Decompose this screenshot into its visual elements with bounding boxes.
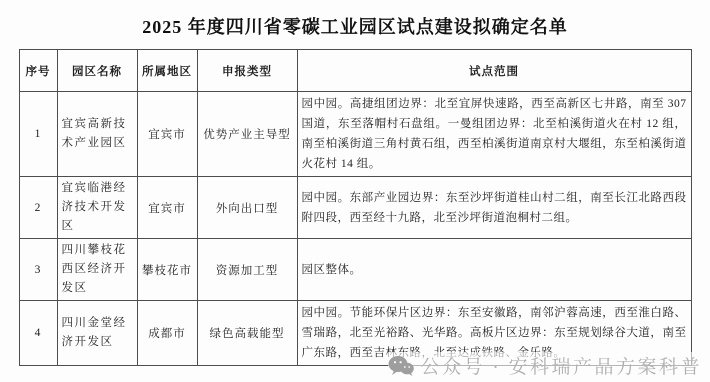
col-header-park-name: 园区名称 bbox=[57, 50, 137, 92]
cell-region: 成都市 bbox=[137, 301, 197, 366]
col-header-no: 序号 bbox=[19, 50, 57, 92]
cell-row-number: 4 bbox=[19, 301, 57, 366]
cell-pilot-scope: 园区整体。 bbox=[297, 239, 691, 301]
cell-application-type: 资源加工型 bbox=[197, 239, 297, 301]
col-header-region: 所属地区 bbox=[137, 50, 197, 92]
cell-park-name: 宜宾临港经济技术开发区 bbox=[57, 177, 137, 239]
col-header-application-type: 申报类型 bbox=[197, 50, 297, 92]
table-row: 3 四川攀枝花西区经济开发区 攀枝花市 资源加工型 园区整体。 bbox=[19, 239, 691, 301]
cell-region: 宜宾市 bbox=[137, 177, 197, 239]
cell-application-type: 优势产业主导型 bbox=[197, 92, 297, 177]
watermark-text: 公众号 · 安科瑞产品方案科普 bbox=[421, 352, 702, 379]
cell-row-number: 3 bbox=[19, 239, 57, 301]
watermark: 公众号 · 安科瑞产品方案科普 bbox=[388, 352, 702, 379]
cell-application-type: 绿色高载能型 bbox=[197, 301, 297, 366]
col-header-pilot-scope: 试点范围 bbox=[297, 50, 691, 92]
cell-park-name: 宜宾高新技术产业园区 bbox=[57, 92, 137, 177]
cell-pilot-scope: 园中园。东部产业园边界：东至沙坪街道桂山村二组，南至长江北路西段附四段，西至经十… bbox=[297, 177, 691, 239]
table-row: 2 宜宾临港经济技术开发区 宜宾市 外向出口型 园中园。东部产业园边界：东至沙坪… bbox=[19, 177, 691, 239]
cell-park-name: 四川金堂经济开发区 bbox=[57, 301, 137, 366]
cell-region: 攀枝花市 bbox=[137, 239, 197, 301]
cell-row-number: 2 bbox=[19, 177, 57, 239]
page-title: 2025 年度四川省零碳工业园区试点建设拟确定名单 bbox=[0, 0, 710, 39]
cell-region: 宜宾市 bbox=[137, 92, 197, 177]
cell-pilot-scope: 园中园。高捷组团边界：北至宜屏快速路，西至高新区七井路，南至 307 国道，东至… bbox=[297, 92, 691, 177]
cell-application-type: 外向出口型 bbox=[197, 177, 297, 239]
wechat-icon bbox=[388, 355, 414, 377]
cell-park-name: 四川攀枝花西区经济开发区 bbox=[57, 239, 137, 301]
table-header-row: 序号 园区名称 所属地区 申报类型 试点范围 bbox=[19, 50, 691, 92]
pilot-parks-table: 序号 园区名称 所属地区 申报类型 试点范围 1 宜宾高新技术产业园区 宜宾市 … bbox=[19, 49, 692, 366]
table-row: 1 宜宾高新技术产业园区 宜宾市 优势产业主导型 园中园。高捷组团边界：北至宜屏… bbox=[19, 92, 691, 177]
cell-row-number: 1 bbox=[19, 92, 57, 177]
